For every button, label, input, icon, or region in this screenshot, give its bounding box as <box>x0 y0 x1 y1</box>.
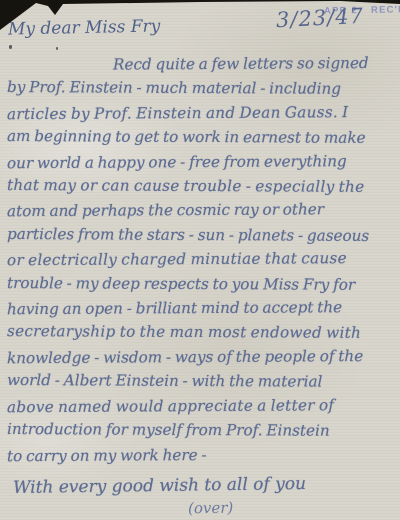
letter-paper: APR 2 REC'D 3/23/47 My dear Miss Fry Rec… <box>0 0 400 520</box>
letter-line: world - Albert Einstein - with the mater… <box>7 368 399 394</box>
letter-line: secretaryship to the man most endowed wi… <box>7 319 399 345</box>
stamp-received-label: REC'D <box>371 4 400 16</box>
letter-body: Recd quite a few letters so signedby Pro… <box>7 52 399 467</box>
letter-line: introduction for myself from Prof. Einst… <box>7 417 399 443</box>
letter-line: particles from the stars - sun - planets… <box>7 222 399 248</box>
letter-line: by Prof. Einstein - much material - incl… <box>7 75 399 101</box>
letter-line: having an open - brilliant mind to accep… <box>7 295 399 322</box>
letter-line: or electrically charged minutiae that ca… <box>7 246 399 273</box>
letter-closing: With every good wish to all of you <box>13 474 306 498</box>
letter-line: that may or can cause trouble - especial… <box>7 173 399 199</box>
letter-greeting: My dear Miss Fry <box>8 16 161 39</box>
letter-line: above named would appreciate a letter of <box>7 392 399 419</box>
letter-line: to carry on my work here - <box>7 441 399 468</box>
letter-line: articles by Prof. Einstein and Dean Gaus… <box>7 100 399 127</box>
over-note: (over) <box>188 499 234 518</box>
scanned-letter: APR 2 REC'D 3/23/47 My dear Miss Fry Rec… <box>0 0 400 520</box>
paper-speck <box>9 45 12 49</box>
letter-line: trouble - my deep respects to you Miss F… <box>7 271 399 297</box>
letter-line: Recd quite a few letters so signed <box>7 51 399 78</box>
letter-line: our world a happy one - free from everyt… <box>7 148 399 175</box>
letter-line: atom and perhaps the cosmic ray or other <box>7 197 399 224</box>
paper-speck <box>56 47 58 50</box>
letter-date: 3/23/47 <box>275 4 364 33</box>
letter-line: am beginning to get to work in earnest t… <box>7 124 399 150</box>
letter-line: knowledge - wisdom - ways of the people … <box>7 344 399 371</box>
